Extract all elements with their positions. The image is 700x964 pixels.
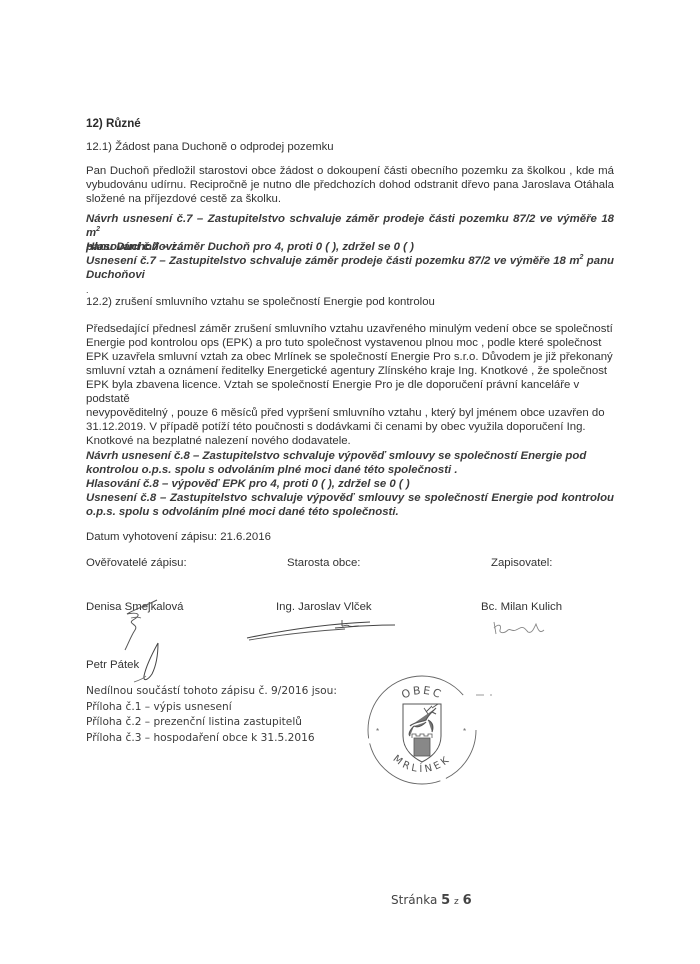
- page-total: 6: [463, 893, 472, 908]
- verifiers-label: Ověřovatelé zápisu:: [86, 556, 187, 570]
- paragraph-line: 31.12.2019. V případě potíží této poučno…: [86, 420, 626, 434]
- paragraph-line: EPK uzavřela smluvní vztah za obec Mrlín…: [86, 350, 626, 364]
- page-prefix: Stránka: [391, 893, 437, 907]
- recorder-signature: [490, 618, 550, 640]
- municipal-stamp: OBEC MRLÍNEK * *: [362, 670, 482, 790]
- svg-text:OBEC: OBEC: [400, 684, 445, 702]
- page-number: Stránka 5 z 6: [391, 893, 472, 908]
- superscript: 2: [96, 226, 100, 233]
- signature-initials-icon: [490, 618, 550, 640]
- dash-mark-icon: [476, 693, 500, 697]
- resolution-7-text: Usnesení č.7 – Zastupitelstvo schvaluje …: [86, 255, 579, 267]
- mayor-label: Starosta obce:: [287, 556, 360, 570]
- verifier2-signature: [130, 640, 170, 685]
- proposal-8: Návrh usnesení č.8 – Zastupitelstvo schv…: [86, 449, 626, 477]
- page-separator: z: [454, 897, 459, 907]
- signature-line-icon: [245, 614, 405, 644]
- attachment-item: Příloha č.3 – hospodaření obce k 31.5.20…: [86, 731, 337, 747]
- section-title: 12) Různé: [86, 117, 141, 130]
- subsection-title-12-1: 12.1) Žádost pana Duchoně o odprodej poz…: [86, 140, 334, 154]
- recorder-label: Zapisovatel:: [491, 556, 552, 570]
- resolution-8: Usnesení č.8 – Zastupitelstvo schvaluje …: [86, 491, 614, 519]
- paragraph-line: nevypověditelný , pouze 6 měsíců před vy…: [86, 406, 626, 420]
- vote-7: Hlasování č.7 – záměr Duchoň pro 4, prot…: [86, 240, 414, 254]
- mayor-signature: [245, 614, 405, 644]
- page-current: 5: [441, 893, 450, 908]
- proposal-8-line: Návrh usnesení č.8 – Zastupitelstvo schv…: [86, 449, 626, 463]
- paragraph-line: smluvní vztah a oznámení ředitelky Energ…: [86, 364, 626, 378]
- vote-8: Hlasování č.8 – výpověď EPK pro 4, proti…: [86, 477, 410, 491]
- attachment-item: Příloha č.1 – výpis usnesení: [86, 700, 337, 716]
- paragraph-line: Předsedající přednesl záměr zrušení smlu…: [86, 322, 626, 336]
- proposal-8-line: kontrolou o.p.s. spolu s odvoláním plné …: [86, 463, 626, 477]
- svg-text:*: *: [463, 727, 466, 736]
- attachments-intro: Nedílnou součástí tohoto zápisu č. 9/201…: [86, 684, 337, 700]
- paragraph-line: Knotkové na bezplatné nalezení nového do…: [86, 434, 626, 448]
- signature-loop-icon: [130, 640, 170, 685]
- svg-text:*: *: [376, 727, 379, 736]
- paragraph-duchon-request: Pan Duchoň předložil starostovi obce žád…: [86, 164, 614, 206]
- paragraph-epk-termination: Předsedající přednesl záměr zrušení smlu…: [86, 322, 626, 448]
- date-line: Datum vyhotovení zápisu: 21.6.2016: [86, 530, 271, 544]
- coat-of-arms-stamp-icon: OBEC MRLÍNEK * *: [362, 670, 482, 790]
- paragraph-line: EPK byla zbavena licence. Vztah se spole…: [86, 378, 626, 406]
- subsection-title-12-2: 12.2) zrušení smluvního vztahu se společ…: [86, 295, 435, 309]
- attachments-list: Nedílnou součástí tohoto zápisu č. 9/201…: [86, 684, 337, 746]
- recorder-name: Bc. Milan Kulich: [481, 600, 562, 614]
- attachment-item: Příloha č.2 – prezenční listina zastupit…: [86, 715, 337, 731]
- mayor-name: Ing. Jaroslav Vlček: [276, 600, 372, 614]
- proposal-7-text: Návrh usnesení č.7 – Zastupitelstvo schv…: [86, 213, 614, 239]
- stamp-mark: [476, 684, 500, 688]
- resolution-7: Usnesení č.7 – Zastupitelstvo schvaluje …: [86, 254, 614, 282]
- paragraph-line: Energie pod kontrolou ops (EPK) a pro tu…: [86, 336, 626, 350]
- svg-text:MRLÍNEK: MRLÍNEK: [391, 753, 454, 775]
